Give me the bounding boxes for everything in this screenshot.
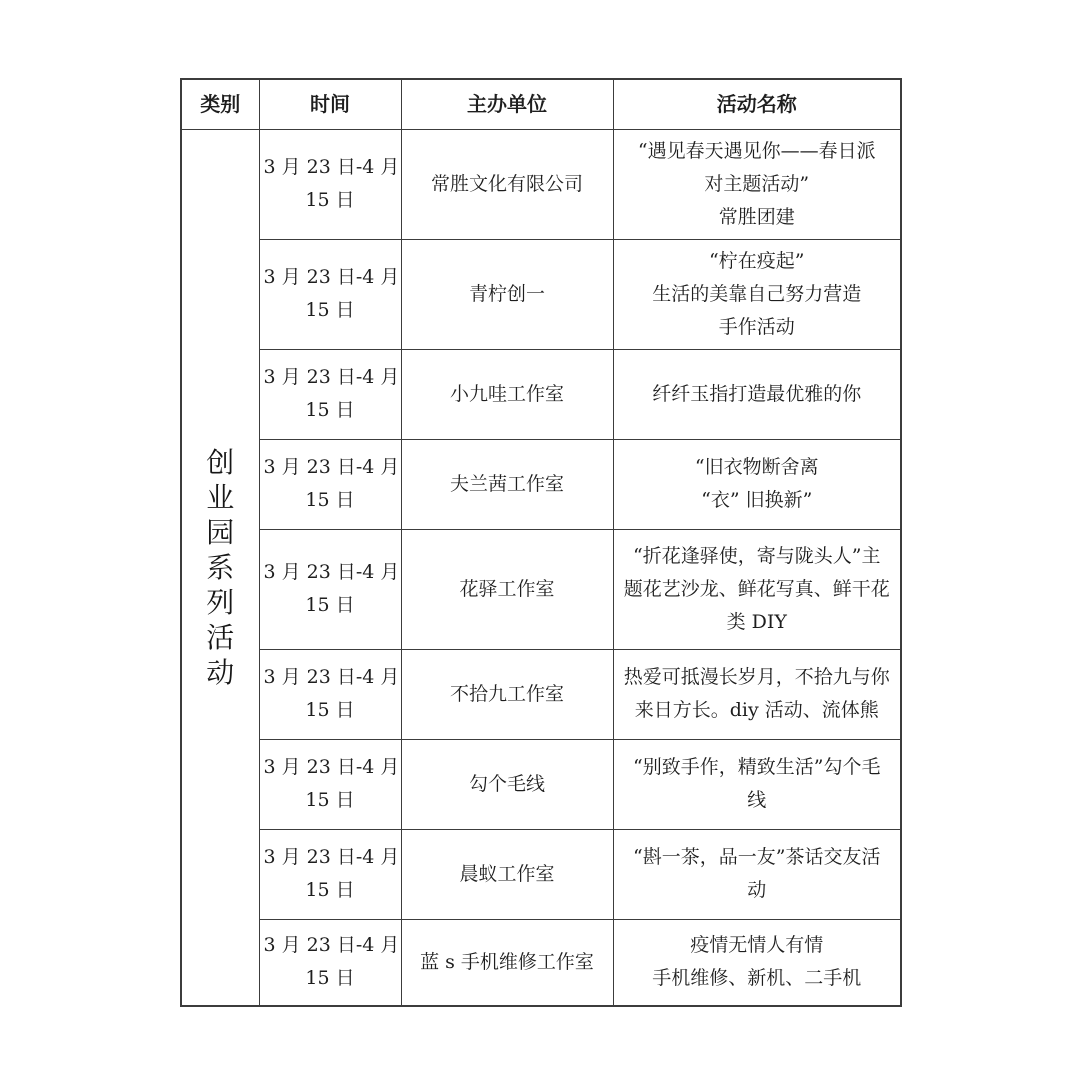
time-cell: 3 月 23 日-4 月 15 日 (259, 529, 401, 649)
category-vertical-label: 创 业 园 系 列 活 动 (186, 445, 255, 690)
activity-cell: “斟一茶，品一友”茶话交友活 动 (613, 829, 901, 919)
activity-cell: “柠在疫起” 生活的美靠自己努力营造 手作活动 (613, 239, 901, 349)
activity-line: “斟一茶，品一友”茶话交友活 (618, 841, 897, 874)
activity-line: 疫情无情人有情 (618, 929, 897, 962)
activity-line: “柠在疫起” (618, 245, 897, 278)
activity-cell: “别致手作，精致生活”勾个毛 线 (613, 739, 901, 829)
time-line: 3 月 23 日-4 月 (264, 151, 397, 184)
time-line: 3 月 23 日-4 月 (264, 451, 397, 484)
organizer-cell: 小九哇工作室 (401, 349, 613, 439)
category-char: 业 (206, 480, 234, 515)
time-line: 15 日 (264, 484, 397, 517)
activity-line: 手机维修、新机、二手机 (618, 962, 897, 995)
activity-line: 来日方长。diy 活动、流体熊 (618, 694, 897, 727)
time-cell: 3 月 23 日-4 月 15 日 (259, 349, 401, 439)
time-line: 15 日 (264, 874, 397, 907)
time-line: 3 月 23 日-4 月 (264, 556, 397, 589)
header-cell-organizer: 主办单位 (401, 79, 613, 129)
table-row: 3 月 23 日-4 月 15 日 不拾九工作室 热爱可抵漫长岁月，不拾九与你 … (181, 649, 901, 739)
time-cell: 3 月 23 日-4 月 15 日 (259, 739, 401, 829)
organizer-cell: 勾个毛线 (401, 739, 613, 829)
time-cell: 3 月 23 日-4 月 15 日 (259, 129, 401, 239)
organizer-cell: 夫兰茜工作室 (401, 439, 613, 529)
header-row: 类别 时间 主办单位 活动名称 (181, 79, 901, 129)
category-char: 创 (206, 445, 234, 480)
time-cell: 3 月 23 日-4 月 15 日 (259, 649, 401, 739)
category-char: 列 (206, 585, 234, 620)
activity-line: “衣” 旧换新” (618, 484, 897, 517)
activity-cell: 疫情无情人有情 手机维修、新机、二手机 (613, 919, 901, 1006)
activity-cell: “旧衣物断舍离 “衣” 旧换新” (613, 439, 901, 529)
table-row: 3 月 23 日-4 月 15 日 花驿工作室 “折花逢驿使，寄与陇头人”主 题… (181, 529, 901, 649)
table-row: 3 月 23 日-4 月 15 日 蓝 s 手机维修工作室 疫情无情人有情 手机… (181, 919, 901, 1006)
organizer-cell: 蓝 s 手机维修工作室 (401, 919, 613, 1006)
organizer-cell: 青柠创一 (401, 239, 613, 349)
table-row: 3 月 23 日-4 月 15 日 晨蚁工作室 “斟一茶，品一友”茶话交友活 动 (181, 829, 901, 919)
activity-line: “旧衣物断舍离 (618, 451, 897, 484)
activity-line: 类 DIY (618, 606, 897, 639)
time-line: 3 月 23 日-4 月 (264, 361, 397, 394)
category-cell: 创 业 园 系 列 活 动 (181, 129, 259, 1006)
category-char: 系 (206, 550, 234, 585)
activity-line: 手作活动 (618, 311, 897, 344)
table-row: 3 月 23 日-4 月 15 日 青柠创一 “柠在疫起” 生活的美靠自己努力营… (181, 239, 901, 349)
category-char: 活 (206, 620, 234, 655)
category-char: 动 (206, 655, 234, 690)
time-line: 15 日 (264, 294, 397, 327)
time-line: 3 月 23 日-4 月 (264, 841, 397, 874)
time-line: 15 日 (264, 589, 397, 622)
header-cell-activity: 活动名称 (613, 79, 901, 129)
time-cell: 3 月 23 日-4 月 15 日 (259, 239, 401, 349)
activity-line: 动 (618, 874, 897, 907)
document-page: 类别 时间 主办单位 活动名称 创 业 园 系 列 活 动 3 月 23 日-4… (0, 0, 1080, 1082)
activity-line: 纤纤玉指打造最优雅的你 (618, 378, 897, 411)
activity-line: “别致手作，精致生活”勾个毛 (618, 751, 897, 784)
time-cell: 3 月 23 日-4 月 15 日 (259, 919, 401, 1006)
activity-line: 题花艺沙龙、鲜花写真、鲜干花 (618, 573, 897, 606)
activity-line: 常胜团建 (618, 201, 897, 234)
time-line: 15 日 (264, 962, 397, 995)
activity-line: 生活的美靠自己努力营造 (618, 278, 897, 311)
organizer-cell: 常胜文化有限公司 (401, 129, 613, 239)
activity-cell: 热爱可抵漫长岁月，不拾九与你 来日方长。diy 活动、流体熊 (613, 649, 901, 739)
activity-cell: “遇见春天遇见你——春日派 对主题活动” 常胜团建 (613, 129, 901, 239)
activity-line: “遇见春天遇见你——春日派 (618, 135, 897, 168)
category-char: 园 (206, 515, 234, 550)
table-row: 3 月 23 日-4 月 15 日 夫兰茜工作室 “旧衣物断舍离 “衣” 旧换新… (181, 439, 901, 529)
header-cell-time: 时间 (259, 79, 401, 129)
organizer-cell: 不拾九工作室 (401, 649, 613, 739)
time-line: 3 月 23 日-4 月 (264, 751, 397, 784)
time-line: 15 日 (264, 394, 397, 427)
activity-line: 对主题活动” (618, 168, 897, 201)
activity-line: “折花逢驿使，寄与陇头人”主 (618, 540, 897, 573)
organizer-cell: 花驿工作室 (401, 529, 613, 649)
table-row: 创 业 园 系 列 活 动 3 月 23 日-4 月 15 日 常胜文化有限公司… (181, 129, 901, 239)
organizer-cell: 晨蚁工作室 (401, 829, 613, 919)
activity-schedule-table: 类别 时间 主办单位 活动名称 创 业 园 系 列 活 动 3 月 23 日-4… (180, 78, 902, 1007)
time-line: 3 月 23 日-4 月 (264, 661, 397, 694)
activity-line: 热爱可抵漫长岁月，不拾九与你 (618, 661, 897, 694)
activity-cell: “折花逢驿使，寄与陇头人”主 题花艺沙龙、鲜花写真、鲜干花 类 DIY (613, 529, 901, 649)
time-line: 15 日 (264, 784, 397, 817)
time-line: 3 月 23 日-4 月 (264, 261, 397, 294)
time-line: 3 月 23 日-4 月 (264, 929, 397, 962)
activity-cell: 纤纤玉指打造最优雅的你 (613, 349, 901, 439)
time-cell: 3 月 23 日-4 月 15 日 (259, 829, 401, 919)
activity-line: 线 (618, 784, 897, 817)
time-line: 15 日 (264, 694, 397, 727)
table-row: 3 月 23 日-4 月 15 日 勾个毛线 “别致手作，精致生活”勾个毛 线 (181, 739, 901, 829)
time-cell: 3 月 23 日-4 月 15 日 (259, 439, 401, 529)
table-row: 3 月 23 日-4 月 15 日 小九哇工作室 纤纤玉指打造最优雅的你 (181, 349, 901, 439)
header-cell-category: 类别 (181, 79, 259, 129)
time-line: 15 日 (264, 184, 397, 217)
